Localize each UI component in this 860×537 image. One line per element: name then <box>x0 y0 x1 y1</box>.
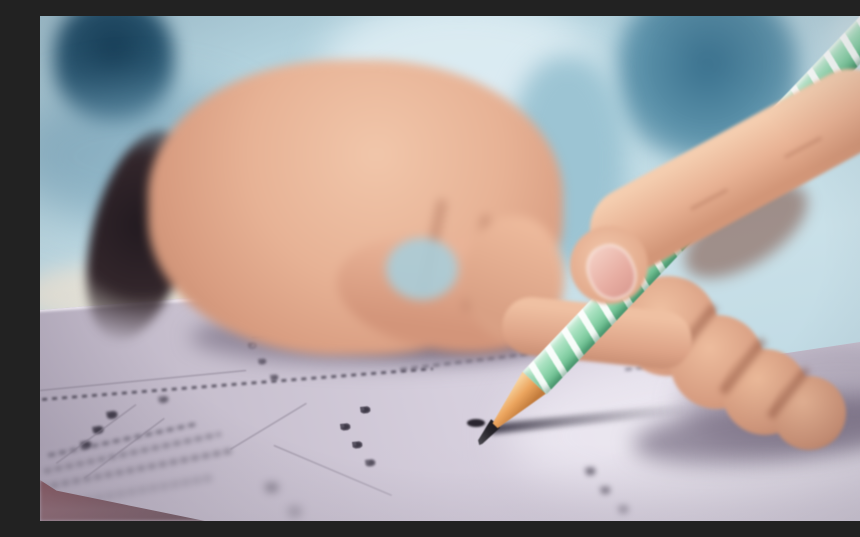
exam-answer-sheet-photo <box>40 16 860 521</box>
foreground-blur-haze <box>40 444 860 521</box>
